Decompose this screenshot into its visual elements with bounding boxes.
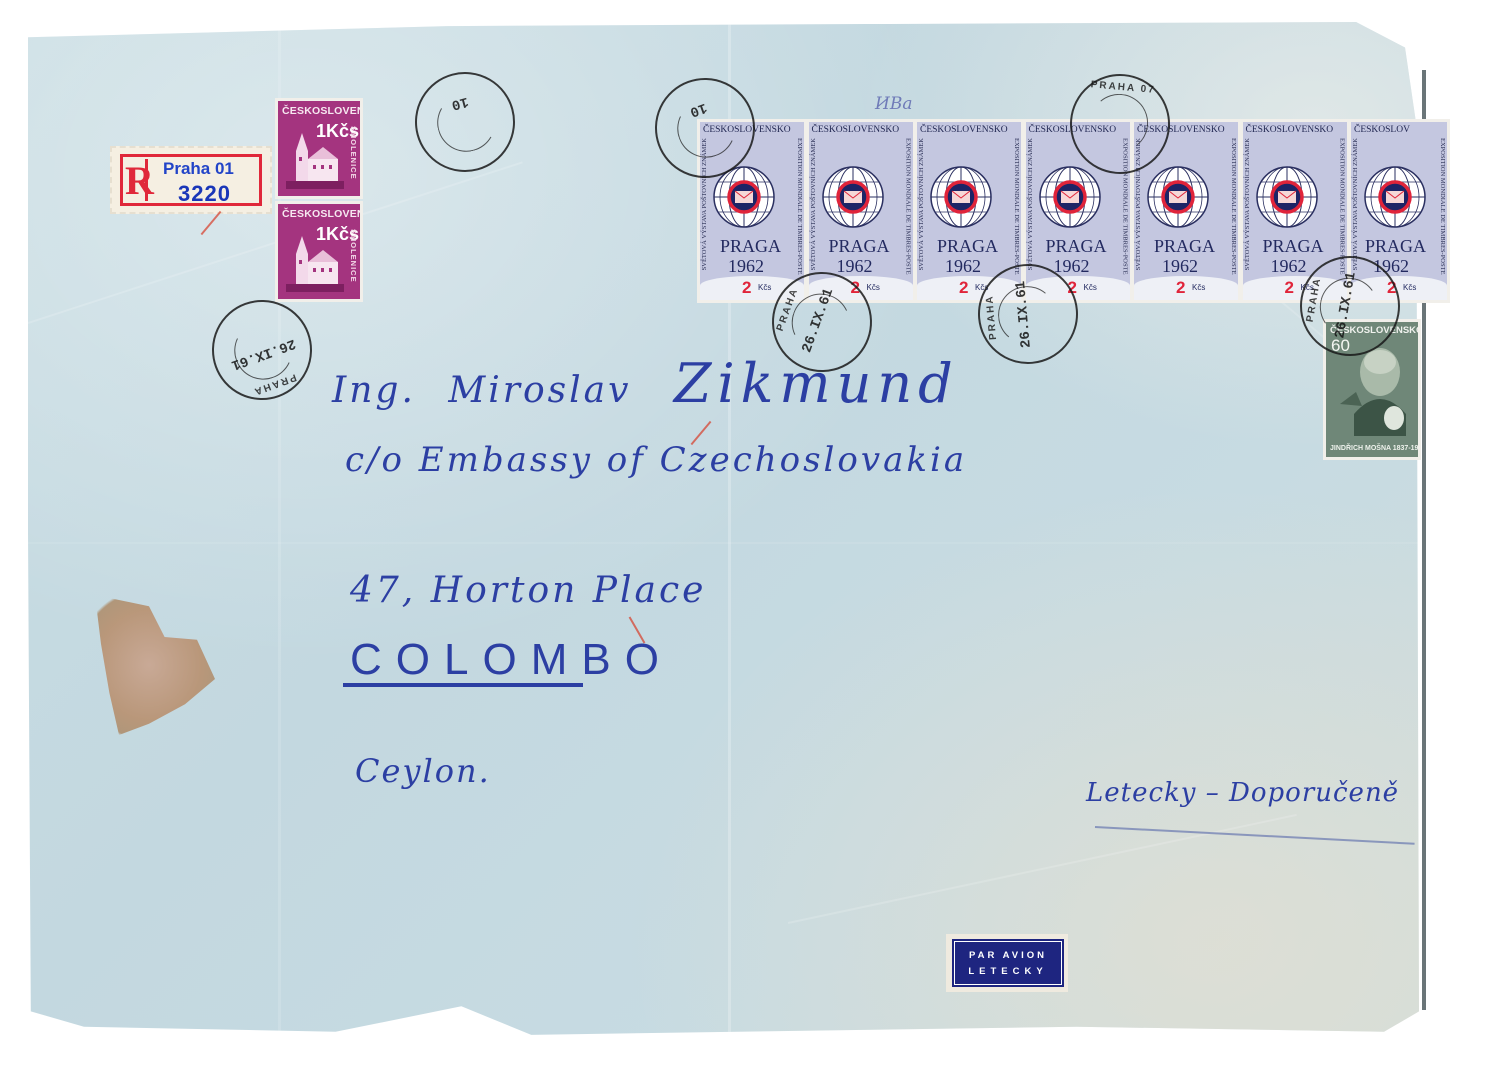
stamp-value: 2 [1285, 278, 1294, 298]
stamp-title: PRAGA [720, 236, 781, 257]
registration-office: Praha 01 [163, 159, 234, 179]
envelope-crease [28, 161, 523, 324]
stamp-side-text: EXPOSITION MONDIALE DE TIMBRES-POSTE [1013, 138, 1020, 275]
globe-envelope-icon [1037, 164, 1103, 230]
address-city: COLOMBO [350, 635, 673, 685]
stamp-title: PRAGA [1263, 236, 1324, 257]
registration-label: R Praha 01 3220 [110, 146, 272, 214]
stamp-country: ČESKOSLOVENSKO [1246, 125, 1334, 135]
stamp-currency: Kčs [758, 283, 771, 292]
stamp-currency: Kčs [1192, 283, 1205, 292]
castle-stamp: ČESKOSLOVENSKO 1Kčs SMOLENICE [278, 204, 360, 299]
stamp-value: 2 [959, 278, 968, 298]
stamp-country: ČESKOSLOVENSKO [282, 208, 360, 220]
stamp-side-text: SVĚTOVÁ VÝSTAVA POŠTOVNÍCH ZNÁMEK [1352, 138, 1359, 270]
envelope-crease [788, 814, 1297, 924]
castle-icon [286, 129, 344, 189]
city-underline [343, 683, 583, 687]
stamp-side-text: SVĚTOVÁ VÝSTAVA POŠTOVNÍCH ZNÁMEK [1244, 138, 1251, 270]
stamp-country: ČESKOSLOVENSKO [920, 125, 1008, 135]
stamp-side-text: EXPOSITION MONDIALE DE TIMBRES-POSTE [1230, 138, 1237, 275]
pencil-note: ИВа [875, 94, 912, 114]
address-country: Ceylon. [355, 752, 491, 790]
stamp-side-text: SVĚTOVÁ VÝSTAVA POŠTOVNÍCH ZNÁMEK [918, 138, 925, 270]
stamp-title: PRAGA [1365, 236, 1426, 257]
globe-envelope-icon [928, 164, 994, 230]
stamp-year: 1962 [728, 256, 764, 277]
registration-letter: R [125, 159, 148, 201]
stamp-currency: Kčs [1403, 283, 1416, 292]
globe-envelope-icon [1254, 164, 1320, 230]
stamp-side-text: EXPOSITION MONDIALE DE TIMBRES-POSTE [796, 138, 803, 275]
stamp-currency: Kčs [867, 283, 880, 292]
address-street: 47, Horton Place [350, 570, 706, 611]
stamp-title: PRAGA [1154, 236, 1215, 257]
stamp-year: 1962 [1271, 256, 1307, 277]
par-avion-label: PAR AVION LETECKY [946, 934, 1068, 992]
stamp-title: PRAGA [937, 236, 998, 257]
airmail-line1: PAR AVION [955, 950, 1061, 961]
portrait-icon [1336, 344, 1412, 436]
stamp-caption: JINDŘICH MOŠNA 1837-1911 [1330, 445, 1418, 452]
stamp-place: SMOLENICE [349, 126, 358, 180]
envelope-crease [28, 542, 1426, 544]
stamp-year: 1962 [837, 256, 873, 277]
castle-stamp: ČESKOSLOVENSKO 1Kčs SMOLENICE [278, 101, 360, 196]
stamp-side-text: EXPOSITION MONDIALE DE TIMBRES-POSTE [905, 138, 912, 275]
airmail-line2: LETECKY [955, 966, 1061, 977]
stamp-year: 1962 [1162, 256, 1198, 277]
stamp-side-text: SVĚTOVÁ VÝSTAVA POŠTOVNÍCH ZNÁMEK [1027, 138, 1034, 270]
service-note: Letecky – Doporučeně [1086, 778, 1399, 808]
globe-envelope-icon [1145, 164, 1211, 230]
address-care-of: c/o Embassy of Czechoslovakia [345, 440, 967, 480]
recipient-name: Ing. Miroslav Zikmund [332, 352, 959, 415]
stamp-year: 1962 [945, 256, 981, 277]
stamp-value: 2 [1176, 278, 1185, 298]
stamp-title: PRAGA [1046, 236, 1107, 257]
stamp-value: 2 [742, 278, 751, 298]
stamp-side-text: EXPOSITION MONDIALE DE TIMBRES-POSTE [1339, 138, 1346, 275]
stamp-side-text: EXPOSITION MONDIALE DE TIMBRES-POSTE [1439, 138, 1446, 275]
stamp-country: ČESKOSLOVENSKO [812, 125, 900, 135]
stamp-country: ČESKOSLOVENSKO [282, 105, 360, 117]
stamp-place: SMOLENICE [349, 229, 358, 283]
stamp-country: ČESKOSLOV [1354, 125, 1410, 135]
globe-envelope-icon [1362, 164, 1428, 230]
stamp-side-text: SVĚTOVÁ VÝSTAVA POŠTOVNÍCH ZNÁMEK [810, 138, 817, 270]
stamp-currency: Kčs [1084, 283, 1097, 292]
globe-envelope-icon [820, 164, 886, 230]
registration-number: 3220 [178, 181, 231, 207]
stamp-title: PRAGA [829, 236, 890, 257]
castle-icon [286, 232, 344, 292]
